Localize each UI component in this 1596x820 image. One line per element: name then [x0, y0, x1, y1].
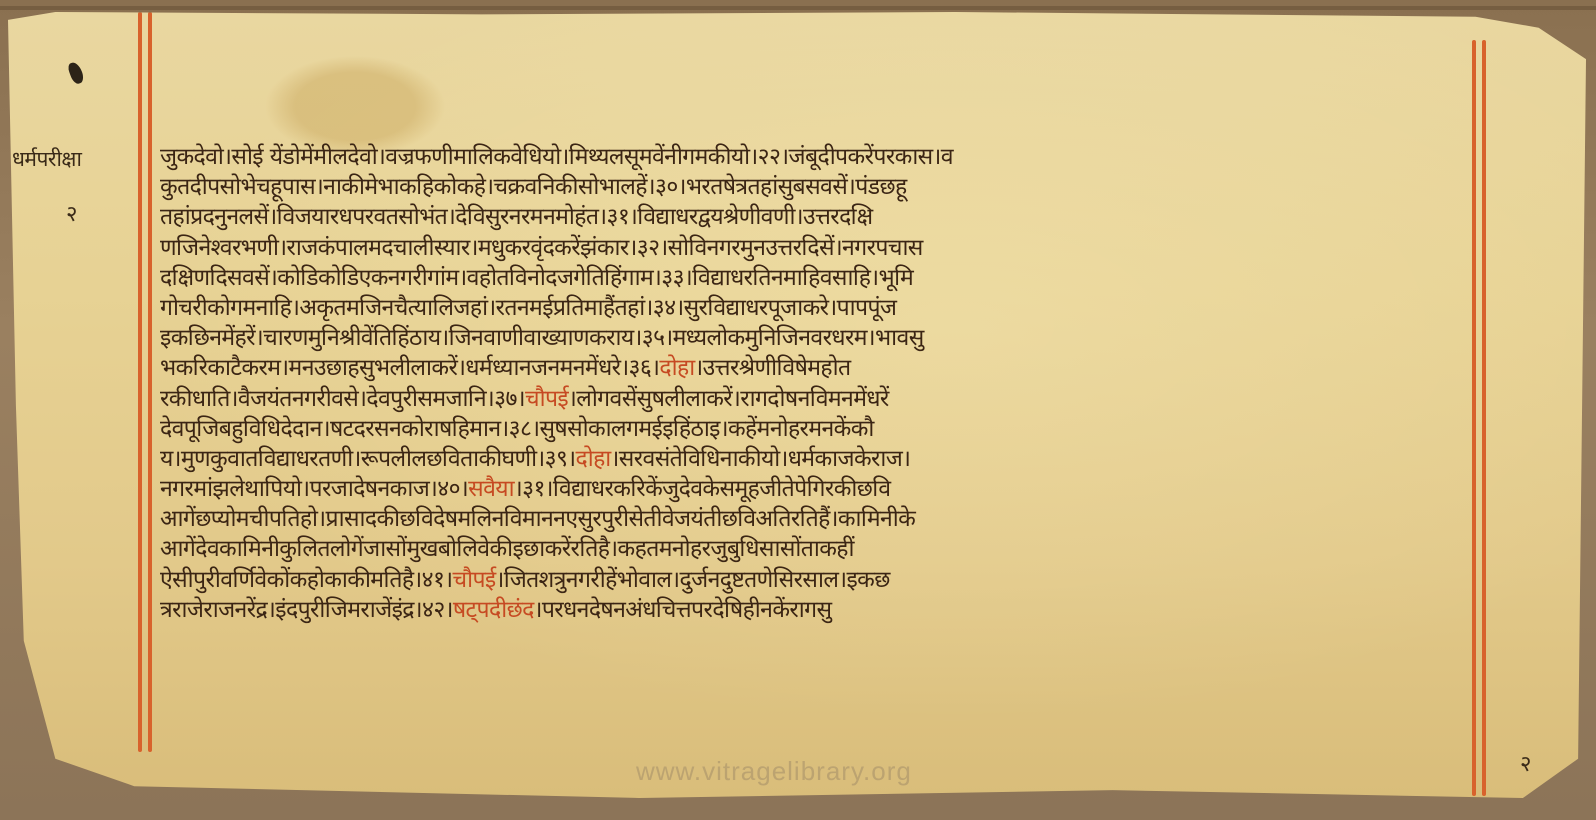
line-text: ऐसीपुरीवर्णिवेकोंकहोकाकीमतिहै।४१।: [160, 567, 453, 593]
manuscript-line: ऐसीपुरीवर्णिवेकोंकहोकाकीमतिहै।४१।चौपई।जि…: [160, 565, 1450, 595]
table-edge: [0, 6, 1596, 10]
rubric-heading: चौपई: [453, 567, 496, 593]
manuscript-line: देवपूजिबहुविधिदेदान।षटदरसनकोराषहिमान।३८।…: [160, 414, 1450, 444]
manuscript-line: आगेंदेवकामिनीकुलितलोगेंजासोंमुखबोलिवेकीइ…: [160, 534, 1450, 564]
line-text: ।लोगवसेंसुषलीलाकरें।रागदोषनविमनमेंधरें: [568, 386, 889, 412]
line-text: कुतदीपसोभेचहूपास।नाकीमेभाकहिकोकहे।चक्रवन…: [160, 174, 907, 200]
manuscript-line: गोचरीकोगमनाहि।अकृतमजिनचैत्यालिजहां।रतनमई…: [160, 293, 1450, 323]
line-text: भकरिकाटैकरम।मनउछाहसुभलीलाकरें।धर्मध्यानज…: [160, 355, 659, 381]
manuscript-line: नगरमांझलेथापियो।परजादेषनकाज।४०।सवैया।३१।…: [160, 474, 1450, 504]
margin-folio-number: २: [66, 198, 77, 228]
rubric-heading: दोहा: [659, 355, 694, 381]
ink-blot: [67, 61, 86, 86]
left-border-rule-outer: [138, 12, 142, 752]
manuscript-line: दक्षिणदिसवसें।कोडिकोडिएकनगरीगांम।वहोतविन…: [160, 263, 1450, 293]
line-text: ।उत्तरश्रेणीविषेमहोत: [695, 355, 851, 381]
line-text: ।परधनदेषनअंधचित्तपरदेषिहीनकेंरागसु: [534, 597, 832, 623]
line-text: ।सरवसंतेविधिनाकीयो।धर्मकाजकेराज।: [611, 446, 911, 472]
rubric-heading: दोहा: [576, 446, 611, 472]
manuscript-line: रकीधाति।वैजयंतनगरीवसे।देवपुरीसमजानि।३७।च…: [160, 384, 1450, 414]
margin-title: धर्मपरीक्षा: [12, 145, 81, 173]
line-text: तहांप्रदनुनलसें।विजयारधपरवतसोभंत।देविसुर…: [160, 204, 873, 230]
manuscript-line: इकछिनमेंहरें।चारणमुनिश्रीवेंतिहिंठाय।जिन…: [160, 323, 1450, 353]
rubric-heading: सवैया: [468, 476, 514, 502]
line-text: ।३१।विद्याधरकरिकेंजुदेवकेसमूहजीतेपेगिरकी…: [514, 476, 890, 502]
line-text: णजिनेश्वरभणी।राजकंपालमदचालीस्यार।मधुकरवृ…: [160, 235, 923, 261]
line-text: ।जितशत्रुनगरीहेंभोवाल।दुर्जनदुष्टतणेसिरस…: [496, 567, 890, 593]
line-text: त्रराजेराजनरेंद्र।इंदपुरीजिमराजेंइंद्र।४…: [160, 597, 453, 623]
line-text: य।मुणकुवातविद्याधरतणी।रूपलीलछविताकीघणी।३…: [160, 446, 576, 472]
rubric-heading: षट्पदीछंद: [453, 597, 534, 623]
manuscript-line: य।मुणकुवातविद्याधरतणी।रूपलीलछविताकीघणी।३…: [160, 444, 1450, 474]
line-text: देवपूजिबहुविधिदेदान।षटदरसनकोराषहिमान।३८।…: [160, 416, 874, 442]
manuscript-line: भकरिकाटैकरम।मनउछाहसुभलीलाकरें।धर्मध्यानज…: [160, 353, 1450, 383]
manuscript-line: कुतदीपसोभेचहूपास।नाकीमेभाकहिकोकहे।चक्रवन…: [160, 172, 1450, 202]
manuscript-line: आगेंछप्योमचीपतिहो।प्रासादकीछविदेषमलिनविम…: [160, 504, 1450, 534]
right-border-rule-outer: [1482, 40, 1486, 796]
manuscript-line: जुकदेवो।सोई येंडोमेंमीलदेवो।वज्रफणीमालिक…: [160, 142, 1450, 172]
line-text: जुकदेवो।सोई येंडोमेंमीलदेवो।वज्रफणीमालिक…: [160, 144, 953, 170]
line-text: नगरमांझलेथापियो।परजादेषनकाज।४०।: [160, 476, 468, 502]
rubric-heading: चौपई: [525, 386, 568, 412]
manuscript-leaf: धर्मपरीक्षा २ २ जुकदेवो।सोई येंडोमेंमीलद…: [8, 12, 1586, 798]
manuscript-line: तहांप्रदनुनलसें।विजयारधपरवतसोभंत।देविसुर…: [160, 202, 1450, 232]
left-border-rule-inner: [148, 12, 152, 752]
line-text: आगेंछप्योमचीपतिहो।प्रासादकीछविदेषमलिनविम…: [160, 506, 915, 532]
right-folio-number: २: [1520, 748, 1531, 778]
line-text: इकछिनमेंहरें।चारणमुनिश्रीवेंतिहिंठाय।जिन…: [160, 325, 924, 351]
watermark: www.vitragelibrary.org: [636, 756, 912, 787]
manuscript-line: णजिनेश्वरभणी।राजकंपालमदचालीस्यार।मधुकरवृ…: [160, 233, 1450, 263]
right-border-rule-inner: [1472, 40, 1476, 796]
manuscript-text-block: जुकदेवो।सोई येंडोमेंमीलदेवो।वज्रफणीमालिक…: [160, 142, 1450, 625]
line-text: दक्षिणदिसवसें।कोडिकोडिएकनगरीगांम।वहोतविन…: [160, 265, 913, 291]
manuscript-line: त्रराजेराजनरेंद्र।इंदपुरीजिमराजेंइंद्र।४…: [160, 595, 1450, 625]
line-text: रकीधाति।वैजयंतनगरीवसे।देवपुरीसमजानि।३७।: [160, 386, 525, 412]
line-text: गोचरीकोगमनाहि।अकृतमजिनचैत्यालिजहां।रतनमई…: [160, 295, 896, 321]
line-text: आगेंदेवकामिनीकुलितलोगेंजासोंमुखबोलिवेकीइ…: [160, 536, 854, 562]
